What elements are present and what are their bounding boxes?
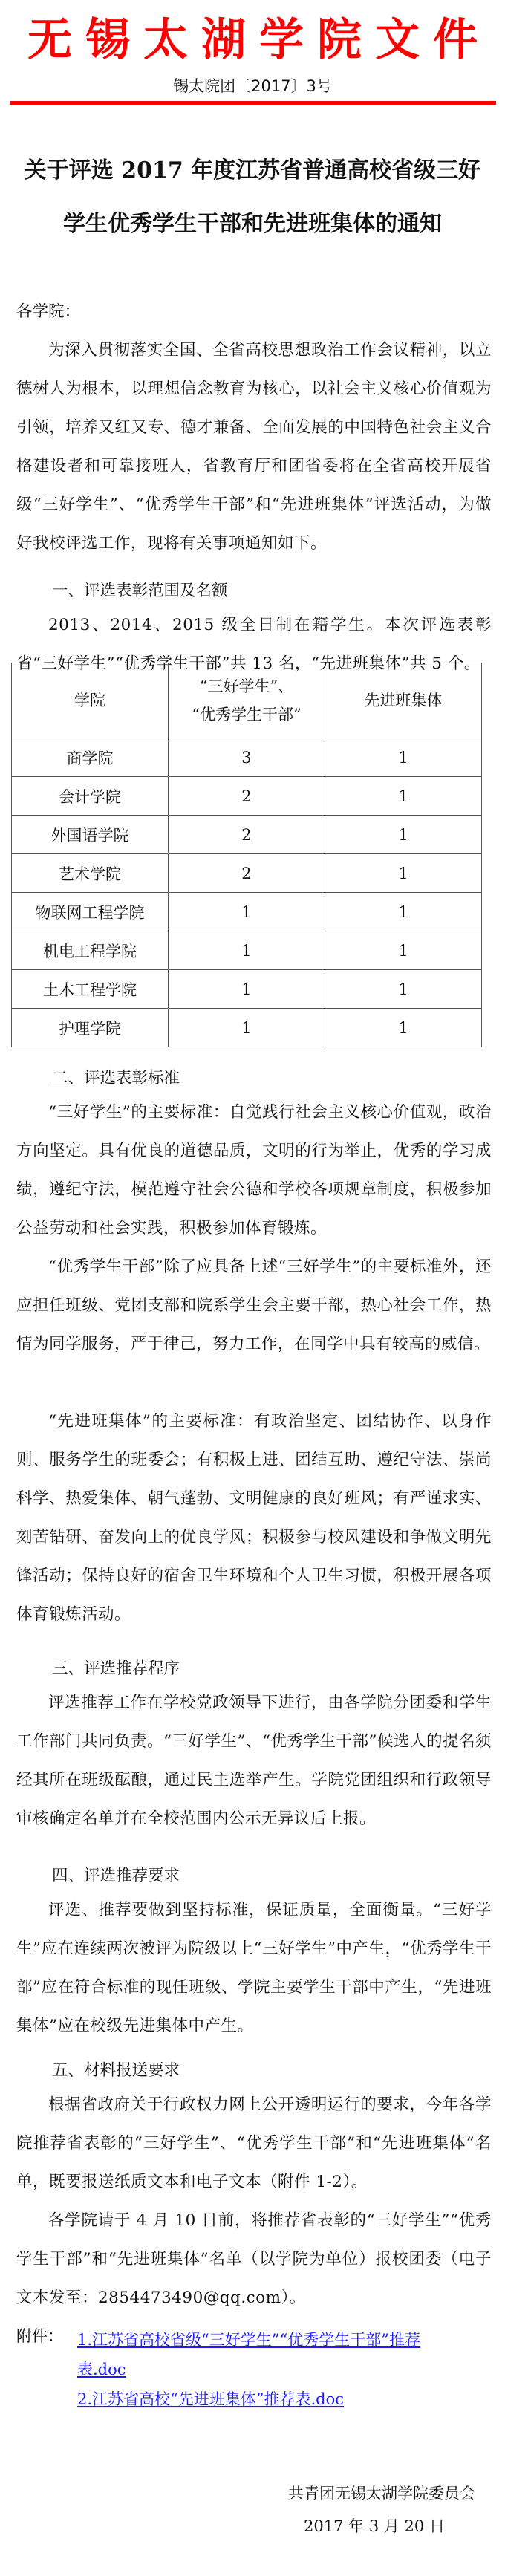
section-1-heading: 一、评选表彰范围及名额 (52, 580, 228, 602)
section-2-paragraph-3: “先进班集体”的主要标准：有政治坚定、团结协作、以身作则、服务学生的班委会；有积… (16, 1402, 492, 1634)
cell-classes: 1 (325, 854, 482, 893)
cell-students: 1 (168, 1009, 325, 1047)
cell-classes: 1 (325, 738, 482, 777)
cell-students: 1 (168, 970, 325, 1009)
cell-classes: 1 (325, 1009, 482, 1047)
table-row: 物联网工程学院 1 1 (12, 893, 482, 931)
cell-college: 机电工程学院 (12, 931, 169, 970)
cell-college: 商学院 (12, 738, 169, 777)
section-5-heading: 五、材料报送要求 (52, 2060, 180, 2082)
table-row: 外国语学院 2 1 (12, 816, 482, 854)
quota-table: 学院 “三好学生”、 “优秀学生干部” 先进班集体 商学院 3 1 会计学院 2… (11, 663, 482, 1047)
attachment-link-2[interactable]: 2.江苏省高校“先进班集体”推荐表.doc (77, 2384, 463, 2414)
table-row: 土木工程学院 1 1 (12, 970, 482, 1009)
notice-title-line1: 关于评选 2017 年度江苏省普通高校省级三好 (0, 156, 505, 186)
attachment-links: 1.江苏省高校省级“三好学生”“优秀学生干部”推荐表.doc 2.江苏省高校“先… (77, 2325, 463, 2414)
section-2-heading: 二、评选表彰标准 (52, 1067, 180, 1090)
section-3-paragraph: 评选推荐工作在学校党政领导下进行，由各学院分团委和学生工作部门共同负责。“三好学… (16, 1684, 492, 1838)
cell-students: 2 (168, 854, 325, 893)
cell-college: 艺术学院 (12, 854, 169, 893)
header-college: 学院 (12, 663, 169, 738)
header-students-line2: “优秀学生干部” (169, 700, 325, 729)
cell-students: 2 (168, 777, 325, 816)
cell-college: 会计学院 (12, 777, 169, 816)
table-header-row: 学院 “三好学生”、 “优秀学生干部” 先进班集体 (12, 663, 482, 738)
section-2-paragraph-1: “三好学生”的主要标准：自觉践行社会主义核心价值观，政治方向坚定。具有优良的道德… (16, 1093, 492, 1248)
section-3-heading: 三、评选推荐程序 (52, 1658, 180, 1680)
section-4-heading: 四、评选推荐要求 (52, 1865, 180, 1887)
cell-students: 1 (168, 893, 325, 931)
attachments-label: 附件： (16, 2325, 63, 2347)
attachment-link-1[interactable]: 1.江苏省高校省级“三好学生”“优秀学生干部”推荐表.doc (77, 2325, 463, 2384)
cell-college: 护理学院 (12, 1009, 169, 1047)
section-5-paragraph-2: 各学院请于 4 月 10 日前，将推荐省表彰的“三好学生”“优秀学生干部”和“先… (16, 2202, 492, 2318)
cell-classes: 1 (325, 893, 482, 931)
cell-classes: 1 (325, 816, 482, 854)
cell-students: 1 (168, 931, 325, 970)
signature-org: 共青团无锡太湖学院委员会 (288, 2477, 475, 2510)
signature-date: 2017 年 3 月 20 日 (288, 2510, 475, 2543)
masthead-title: 无锡太湖学院文件 (0, 16, 505, 64)
notice-title-line2: 学生优秀学生干部和先进班集体的通知 (0, 209, 505, 239)
cell-college: 外国语学院 (12, 816, 169, 854)
signature: 共青团无锡太湖学院委员会 2017 年 3 月 20 日 (288, 2477, 475, 2543)
cell-classes: 1 (325, 777, 482, 816)
salutation: 各学院： (16, 301, 80, 323)
section-5-paragraph-1: 根据省政府关于行政权力网上公开透明运行的要求，今年各学院推荐省表彰的“三好学生”… (16, 2086, 492, 2202)
header-classes: 先进班集体 (325, 663, 482, 738)
cell-classes: 1 (325, 970, 482, 1009)
cell-college: 物联网工程学院 (12, 893, 169, 931)
table-row: 护理学院 1 1 (12, 1009, 482, 1047)
document-number: 锡太院团〔2017〕3号 (0, 76, 505, 97)
intro-paragraph: 为深入贯彻落实全国、全省高校思想政治工作会议精神，以立德树人为根本，以理想信念教… (16, 331, 492, 563)
header-students: “三好学生”、 “优秀学生干部” (168, 663, 325, 738)
cell-classes: 1 (325, 931, 482, 970)
red-divider (10, 101, 496, 105)
table-row: 商学院 3 1 (12, 738, 482, 777)
cell-students: 2 (168, 816, 325, 854)
section-4-paragraph: 评选、推荐要做到坚持标准，保证质量，全面衡量。“三好学生”应在连续两次被评为院级… (16, 1891, 492, 2046)
header-students-line1: “三好学生”、 (169, 672, 325, 700)
section-2-paragraph-2: “优秀学生干部”除了应具备上述“三好学生”的主要标准外，还应担任班级、党团支部和… (16, 1248, 492, 1364)
table-row: 机电工程学院 1 1 (12, 931, 482, 970)
table-row: 会计学院 2 1 (12, 777, 482, 816)
cell-students: 3 (168, 738, 325, 777)
table-row: 艺术学院 2 1 (12, 854, 482, 893)
cell-college: 土木工程学院 (12, 970, 169, 1009)
